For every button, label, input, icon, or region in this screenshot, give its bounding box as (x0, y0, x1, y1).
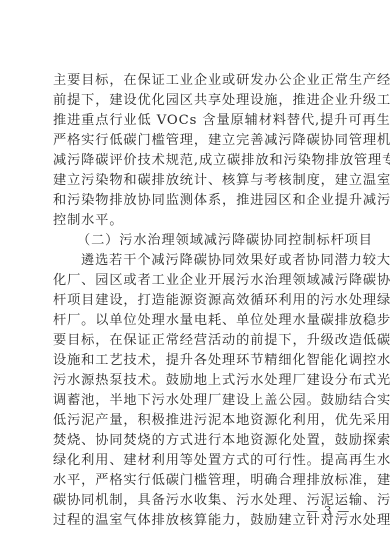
body-line: 减污降碳评价技术规范,成立碳排放和污染物排放管理专门机构， (53, 151, 339, 171)
body-line: 低污泥产量，积极推进污泥本地资源化利用，优先采用市内独立 (53, 411, 339, 431)
document-page: 主要目标，在保证工业企业或研发办公企业正常生产经营活动的 前提下，建设优化园区共… (0, 0, 390, 551)
body-line: 严格实行低碳门槛管理，建立完善减污降碳协同管理机制，建立 (53, 131, 339, 151)
body-line: 绿化利用、建材利用等处置方式的可行性。提高再生水补给回用 (53, 451, 339, 471)
body-line: 主要目标，在保证工业企业或研发办公企业正常生产经营活动的 (53, 71, 339, 91)
body-line: 杆项目建设，打造能源资源高效循环利用的污水处理绿色低碳标 (53, 291, 339, 311)
body-line: 建立污染物和碳排放统计、核算与考核制度，建立温室气体排放 (53, 171, 339, 191)
page-number: — 3 — (306, 502, 350, 520)
body-line: 调蓄池，半地下污水处理厂建设上盖公园。鼓励结合实际情况降 (53, 391, 339, 411)
body-line: 水平，严格实行低碳门槛管理，明确合理排放标准，建立减污降 (53, 471, 339, 491)
body-line: 要目标，在保证正常经营活动的前提下，升级改造低碳运行设备 (53, 331, 339, 351)
section-heading: （二）污水治理领域减污降碳协同控制标杆项目 (53, 231, 339, 251)
body-line: 控制水平。 (53, 211, 339, 231)
body-line: 杆厂。以单位处理水量电耗、单位处理水量碳排放稳步下降为主 (53, 311, 339, 331)
body-line: 焚烧、协同焚烧的方式进行本地资源化处置，鼓励探索本地园林 (53, 431, 339, 451)
body-line: 过程的温室气体排放核算能力，鼓励建立针对污水处理全过程的 (53, 511, 339, 531)
body-line: 碳协同机制，具备污水收集、污水处理、污泥运输、污泥处置全 (53, 491, 339, 511)
body-line: 设施和工艺技术，提升各处理环节精细化智能化调控水平，推广 (53, 351, 339, 371)
body-line: 和污染物排放协同监测体系，推进园区和企业提升减污降碳协同 (53, 191, 339, 211)
body-line: 污水源热泵技术。鼓励地上式污水处理厂建设分布式光伏、储能、 (53, 371, 339, 391)
document-body: 主要目标，在保证工业企业或研发办公企业正常生产经营活动的 前提下，建设优化园区共… (53, 71, 339, 531)
body-line: 推进重点行业低 VOCs 含量原辅材料替代,提升可再生能源利用率， (53, 111, 339, 131)
body-line: 遴选若干个减污降碳协同效果好或者协同潜力较大的水质净 (53, 251, 339, 271)
body-line: 前提下，建设优化园区共享处理设施，推进企业升级工艺设施， (53, 91, 339, 111)
body-line: 化厂、园区或者工业企业开展污水治理领域减污降碳协同控制标 (53, 271, 339, 291)
